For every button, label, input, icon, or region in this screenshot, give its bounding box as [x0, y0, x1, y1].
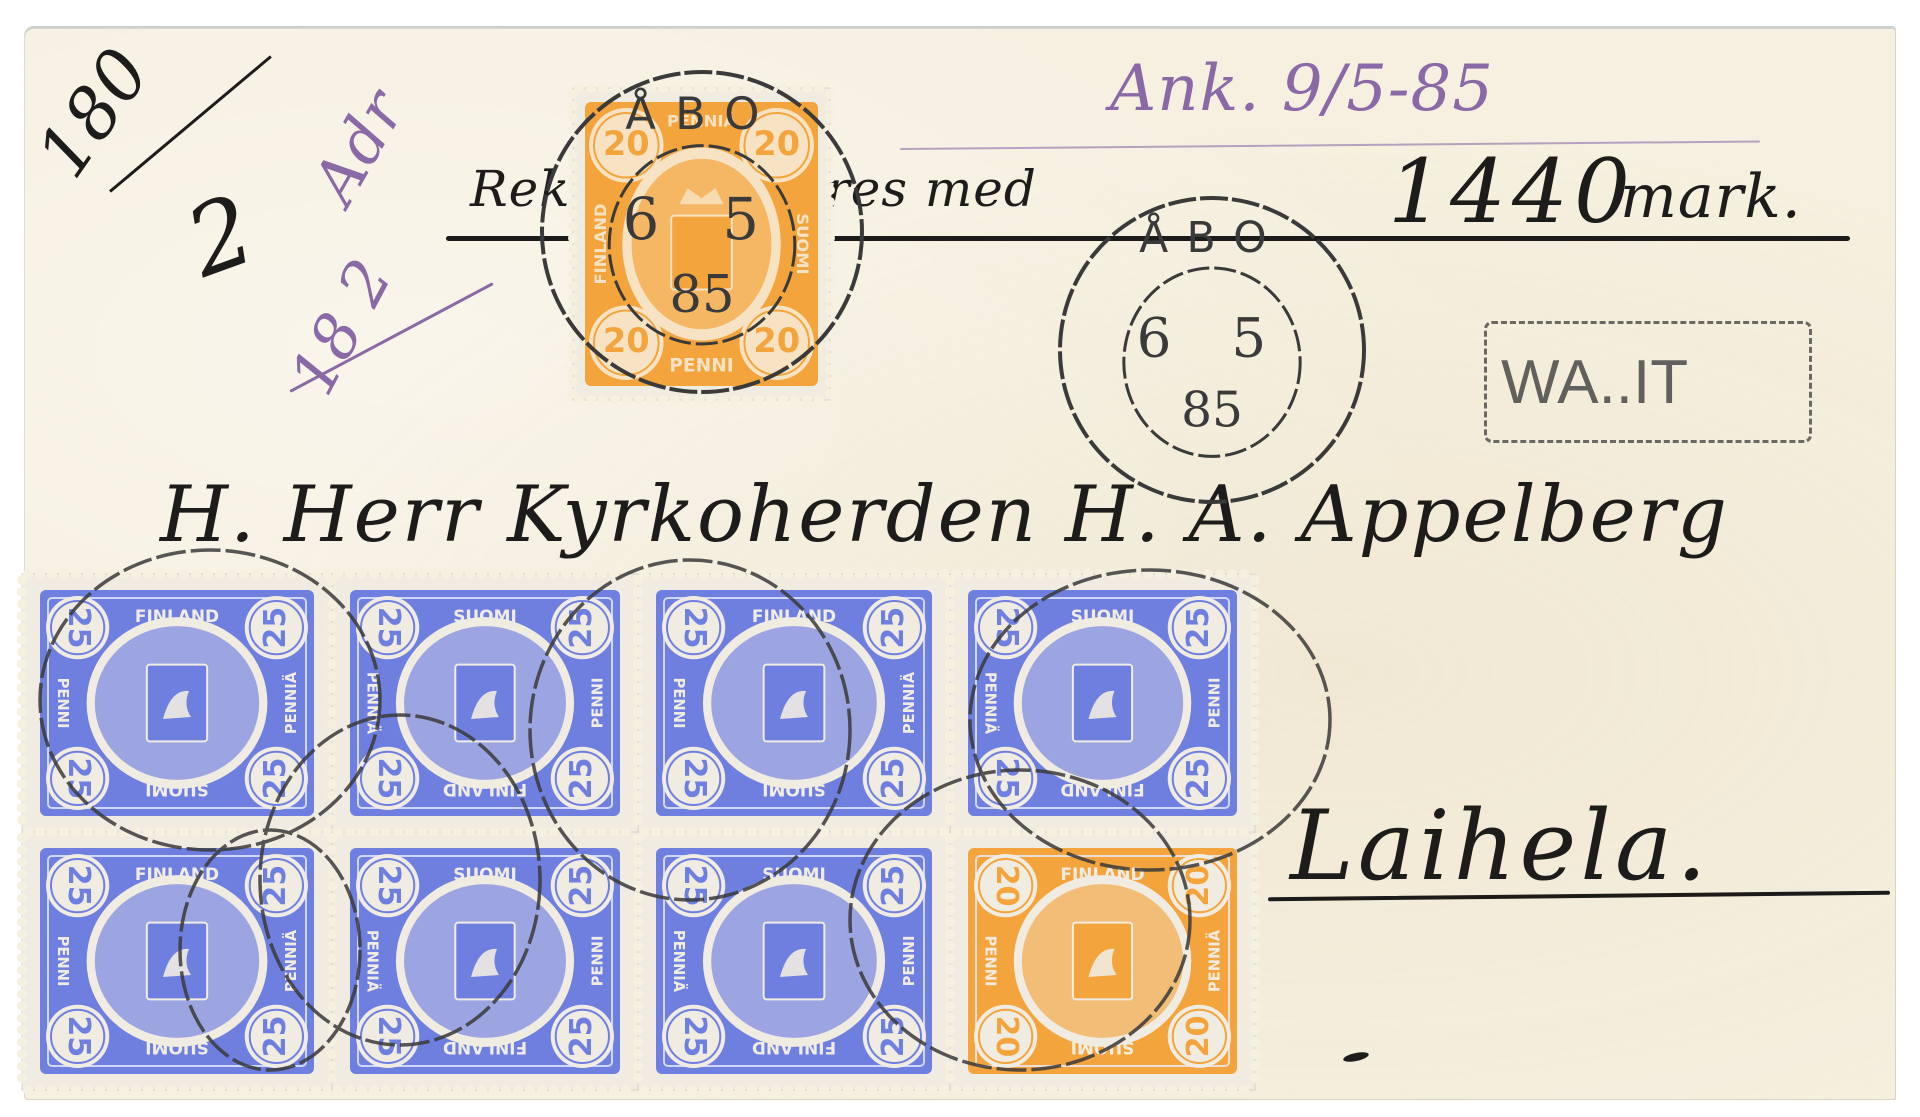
svg-text:PENNI: PENNI [54, 936, 71, 987]
svg-text:PENNI: PENNI [901, 936, 918, 987]
svg-text:20: 20 [753, 321, 800, 360]
svg-text:PENNI: PENNI [670, 678, 687, 729]
svg-text:PENNIÄ: PENNIÄ [283, 671, 300, 734]
svg-text:SUOMI: SUOMI [453, 864, 517, 884]
svg-text:FINLAND: FINLAND [1060, 864, 1144, 884]
svg-text:25: 25 [876, 607, 911, 649]
svg-text:25: 25 [677, 1015, 712, 1057]
svg-text:SUOMI: SUOMI [145, 780, 209, 800]
svg-text:25: 25 [371, 865, 406, 907]
svg-text:25: 25 [61, 607, 96, 649]
stamp-8: 20202020FINLANDSUOMIPENNIPENNIÄ [945, 827, 1260, 1095]
svg-text:SUOMI: SUOMI [1071, 1038, 1135, 1058]
svg-text:FINLAND: FINLAND [443, 1038, 527, 1058]
svg-text:20: 20 [989, 865, 1024, 907]
stamp-1: 25252525FINLANDSUOMIPENNIPENNIÄ [17, 569, 337, 837]
svg-text:25: 25 [258, 757, 293, 799]
svg-text:ÅBO: ÅBO [625, 87, 778, 140]
svg-text:20: 20 [603, 321, 650, 360]
svg-text:SUOMI: SUOMI [145, 1038, 209, 1058]
svg-text:SUOMI: SUOMI [762, 780, 826, 800]
stamps-layer: 20202020PENNIÄPENNIFINLANDSUOMI25252525F… [0, 0, 1920, 1117]
svg-text:PENNI: PENNI [589, 678, 606, 729]
svg-text:6 5: 6 5 [1137, 305, 1288, 369]
svg-text:PENNIÄ: PENNIÄ [1206, 929, 1223, 992]
svg-text:25: 25 [1181, 607, 1216, 649]
svg-text:PENNI: PENNI [1206, 678, 1223, 729]
svg-text:FINLAND: FINLAND [752, 606, 836, 626]
svg-text:ÅBO: ÅBO [1139, 212, 1285, 263]
stamp-5: 25252525FINLANDSUOMIPENNIPENNIÄ [17, 827, 337, 1095]
svg-text:25: 25 [564, 607, 599, 649]
stamp-3: 25252525FINLANDSUOMIPENNIPENNIÄ [633, 569, 955, 837]
svg-text:25: 25 [61, 1015, 96, 1057]
svg-text:85: 85 [669, 265, 734, 325]
svg-text:FINLAND: FINLAND [591, 204, 610, 285]
svg-text:FINLAND: FINLAND [752, 1038, 836, 1058]
svg-text:PENNI: PENNI [589, 936, 606, 987]
svg-text:25: 25 [371, 1015, 406, 1057]
stamp-4: 25252525SUOMIFINLANDPENNIÄPENNI [945, 569, 1260, 837]
svg-text:SUOMI: SUOMI [762, 864, 826, 884]
svg-text:SUOMI: SUOMI [1071, 606, 1135, 626]
svg-text:25: 25 [564, 1015, 599, 1057]
svg-text:PENNI: PENNI [669, 356, 733, 377]
svg-text:PENNI: PENNI [982, 936, 999, 987]
svg-text:SUOMI: SUOMI [453, 606, 517, 626]
svg-text:25: 25 [876, 757, 911, 799]
svg-text:FINLAND: FINLAND [135, 606, 219, 626]
svg-text:25: 25 [564, 757, 599, 799]
svg-text:6 5: 6 5 [623, 186, 782, 253]
svg-text:25: 25 [876, 865, 911, 907]
stamp-2: 25252525SUOMIFINLANDPENNIÄPENNI [327, 569, 643, 837]
svg-text:FINLAND: FINLAND [135, 864, 219, 884]
svg-text:85: 85 [1181, 382, 1243, 438]
svg-text:25: 25 [677, 757, 712, 799]
svg-text:25: 25 [677, 607, 712, 649]
svg-text:20: 20 [989, 1015, 1024, 1057]
svg-text:PENNIÄ: PENNIÄ [901, 671, 918, 734]
svg-text:25: 25 [61, 865, 96, 907]
svg-text:25: 25 [258, 865, 293, 907]
svg-text:25: 25 [371, 757, 406, 799]
svg-text:20: 20 [1181, 1015, 1216, 1057]
svg-text:PENNIÄ: PENNIÄ [982, 672, 999, 735]
svg-text:25: 25 [371, 607, 406, 649]
svg-text:25: 25 [258, 1015, 293, 1057]
svg-text:25: 25 [1181, 757, 1216, 799]
svg-text:PENNIÄ: PENNIÄ [364, 930, 381, 993]
postmark-2: ÅBO6 585 [1060, 198, 1364, 502]
svg-text:25: 25 [258, 607, 293, 649]
svg-text:PENNI: PENNI [54, 678, 71, 729]
svg-text:PENNIÄ: PENNIÄ [670, 930, 687, 993]
svg-text:25: 25 [564, 865, 599, 907]
stamp-7: 25252525SUOMIFINLANDPENNIÄPENNI [633, 827, 955, 1095]
